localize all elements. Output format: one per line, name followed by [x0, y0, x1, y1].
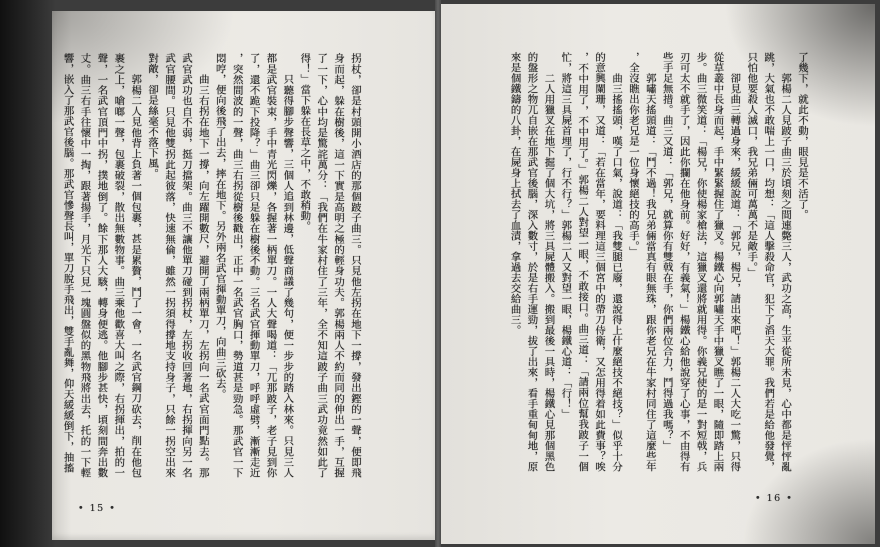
paragraph: 二人用獵叉在地下掘了個大坑，將三具屍體搬入。搬到最後一具時，楊鐵心見那個黑色的盤… [506, 52, 557, 472]
left-page-text-block: 拐杖，卻是村頭開小酒店的那個跛子曲三。只見他左拐在地下一撐，發出鏗的一聲，便即飛… [57, 53, 363, 478]
right-page: 了幾下，就此不動，眼見是不活了。 郭楊二人見跛子曲三於頃刻之間連斃三人，武功之高… [441, 4, 875, 544]
paragraph: 郭嘯天搖頭道：「鬥不過！我兄弟倆當真有眼無珠，跟你老兄在牛家村同住了這麼些年，全… [624, 52, 658, 472]
paragraph: 郭楊二人見他背上負著一個包裹，甚是累贅，鬥了一會，一名武官鋼刀砍去，削在他包裹之… [59, 53, 144, 478]
paragraph: 卻見曲三轉過身來，緩緩說道：「郭兄，楊兄，請出來吧！」郭楊二人大吃一驚，只得從草… [658, 52, 743, 472]
paragraph: 曲三右拐在地下一撐，向左躍開數尺，避開了兩柄單刀，左拐向一名武官面門點去。那武官… [143, 53, 211, 478]
paragraph: 郭楊二人見跛子曲三於頃刻之間連斃三人，武功之高，生平從所未見，心中都是怦怦亂跳，… [742, 52, 793, 472]
paragraph: 曲三搖搖頭，嘆了口氣，說道：「我雙腿已廢，還說得上什麼絕技不絕技？」似乎十分的意… [556, 52, 624, 472]
paragraph: 拐杖，卻是村頭開小酒店的那個跛子曲三。只見他左拐在地下一撐，發出鏗的一聲，便即飛… [295, 53, 363, 478]
right-page-number: • 16 • [755, 493, 793, 504]
paragraph: 了幾下，就此不動，眼見是不活了。 [793, 52, 810, 472]
right-page-text-block: 了幾下，就此不動，眼見是不活了。 郭楊二人見跛子曲三於頃刻之間連斃三人，武功之高… [508, 52, 810, 472]
left-page-number: • 15 • [78, 503, 116, 514]
left-page: 拐杖，卻是村頭開小酒店的那個跛子曲三。只見他左拐在地下一撐，發出鏗的一聲，便即飛… [52, 11, 436, 540]
paragraph: 只聽得腳步聲響，三個人追到林邊，低聲商議了幾句，便一步步的踏入林來。只見三人都是… [211, 53, 296, 478]
scan-left-dark-edge [0, 0, 56, 547]
book-scan-spread: 拐杖，卻是村頭開小酒店的那個跛子曲三。只見他左拐在地下一撐，發出鏗的一聲，便即飛… [0, 0, 880, 547]
